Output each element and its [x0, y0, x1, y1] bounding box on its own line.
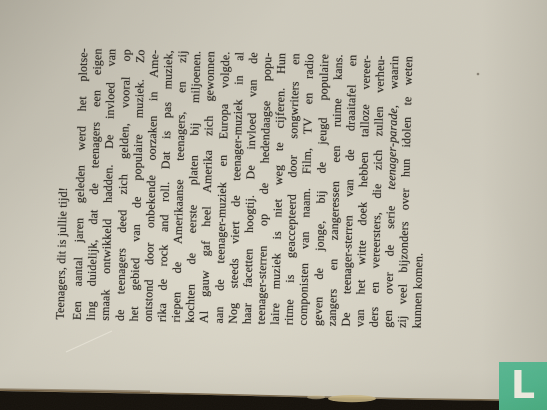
watermark-badge: L	[499, 362, 547, 410]
watermark-letter: L	[511, 366, 535, 404]
edge-stain-small	[307, 395, 325, 399]
book-edge-shadow	[0, 391, 547, 410]
page-text-block: Teenagers, dit is jullie tijd!Een aantal…	[53, 47, 432, 328]
book-page-photo: Teenagers, dit is jullie tijd!Een aantal…	[0, 0, 547, 410]
page-edge-line	[0, 390, 547, 400]
edge-stain	[328, 395, 376, 402]
paper-speck	[477, 73, 480, 76]
page-edge-brown-tint	[0, 389, 150, 391]
paper-scratch	[66, 331, 112, 352]
